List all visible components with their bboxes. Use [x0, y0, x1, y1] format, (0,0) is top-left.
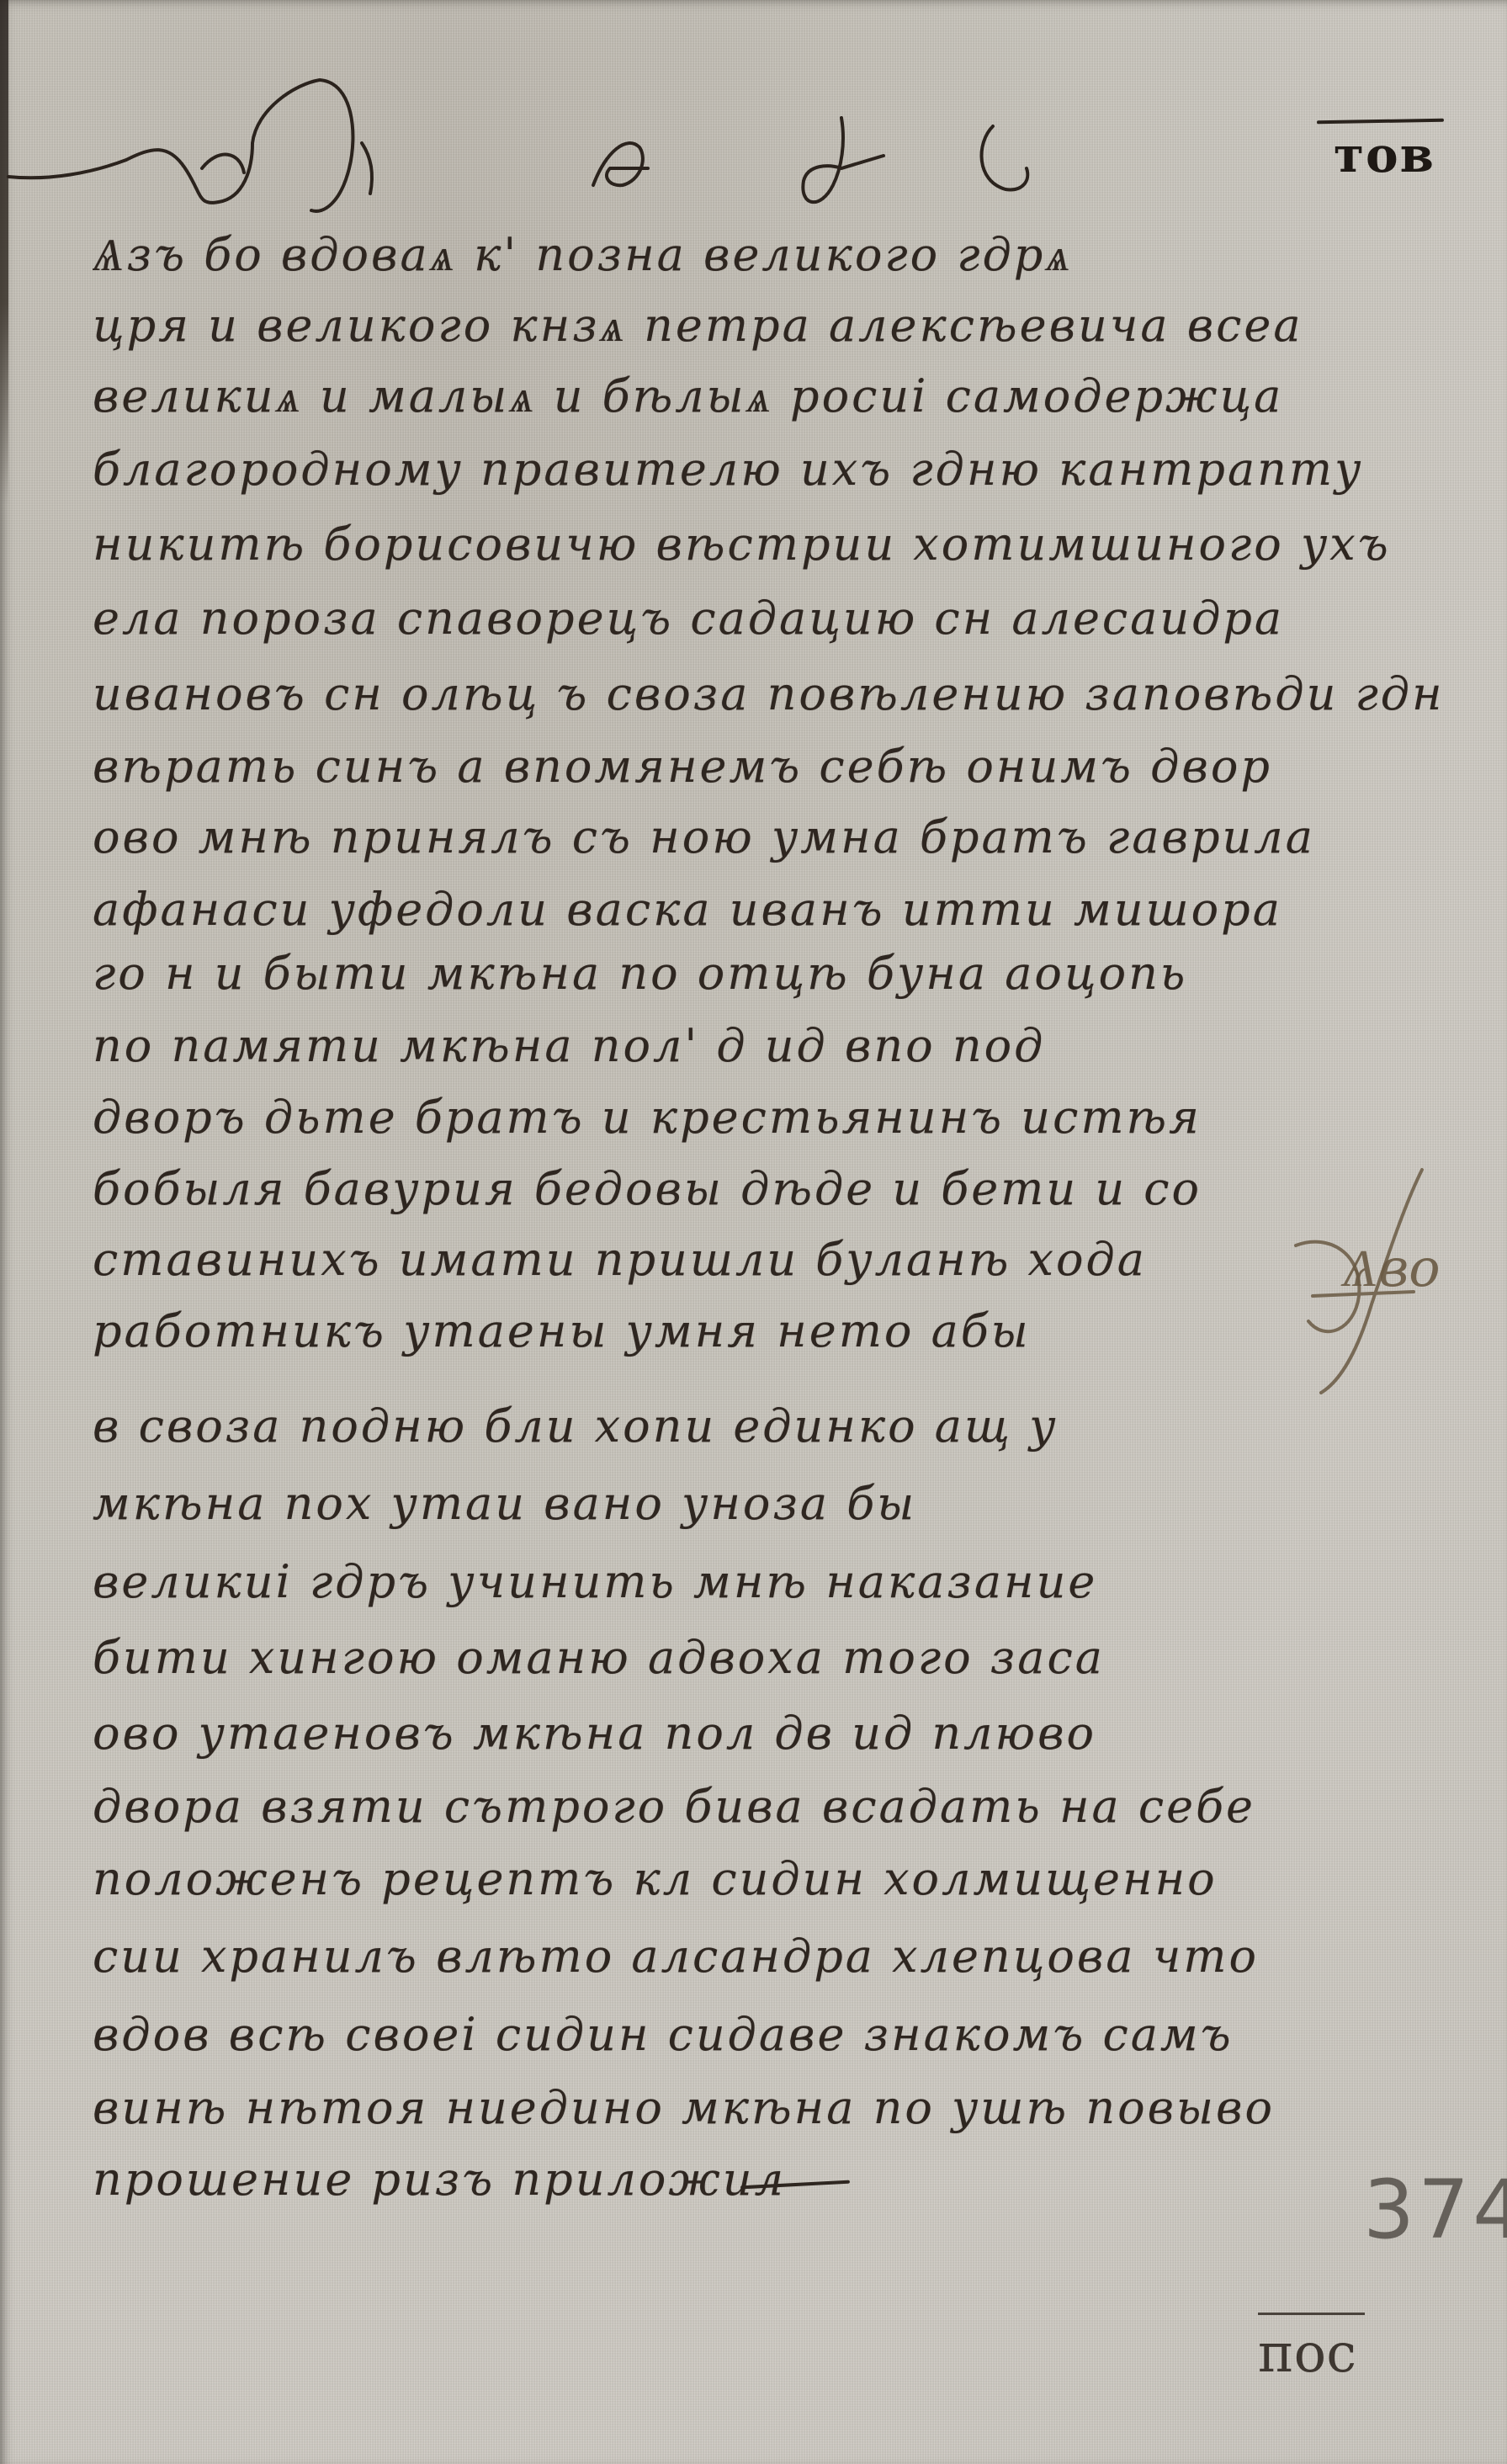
- text-line: го н и быти мкѣна по отцѣ буна аоцопь: [93, 944, 1447, 1003]
- text-line: ово мнѣ принялъ съ ною умна братъ гаврил…: [93, 808, 1447, 867]
- text-line: прошение ризъ приложил: [93, 2150, 1447, 2209]
- text-line: афанаси уфедоли васка иванъ итти мишора: [93, 880, 1447, 939]
- text-line: двора взяти сътрого бива всадать на себе: [93, 1777, 1447, 1836]
- text-line: великиѧ и малыѧ и бѣлыѧ росиі самодержца: [93, 367, 1447, 426]
- text-line: ово утаеновъ мкѣна пол дв ид плюво: [93, 1704, 1447, 1763]
- text-line: никитѣ борисовичю вѣстрии хотимшиного ух…: [93, 515, 1447, 574]
- manuscript-page: тов Ѧзъ бо вдоваѧ к' позна великого гдрѧ…: [0, 0, 1507, 2464]
- corner-note-top: тов: [1334, 126, 1435, 183]
- text-line: великиі гдръ учинить мнѣ наказание: [93, 1553, 1447, 1612]
- text-line: мкѣна пох утаи вано уноза бы: [93, 1474, 1447, 1533]
- text-line: работникъ утаены умня нето абы: [93, 1302, 1447, 1361]
- text-line: положенъ рецептъ кл сидин холмищенно: [93, 1850, 1447, 1909]
- text-line: винѣ нѣтоя ниедино мкѣна по ушѣ повыво: [93, 2079, 1447, 2137]
- margin-note: Ѧво: [1342, 1237, 1441, 1299]
- text-line: бити хингою оманю адвоха того заса: [93, 1628, 1447, 1687]
- text-line: вѣрать синъ а впомянемъ себѣ онимъ двор: [93, 737, 1447, 796]
- text-line: ела пороза спаворецъ садацию сн алесаидр…: [93, 589, 1447, 648]
- text-line: вдов всѣ своеі сидин сидаве знакомъ самъ: [93, 2005, 1447, 2064]
- text-line: Ѧзъ бо вдоваѧ к' позна великого гдрѧ: [93, 226, 1447, 284]
- text-line: благородному правителю ихъ гдню кантрапт…: [93, 440, 1447, 499]
- text-line: дворъ дьте братъ и крестьянинъ истѣя: [93, 1088, 1447, 1147]
- text-line: в своза подню бли хопи единко ащ у: [93, 1397, 1447, 1456]
- text-line: ставинихъ имати пришли буланѣ хода: [93, 1230, 1447, 1289]
- archive-mark: пос: [1258, 2323, 1356, 2385]
- folio-number: 374: [1363, 2163, 1507, 2257]
- text-line: бобыля бавурия бедовы дѣде и бети и со: [93, 1160, 1447, 1219]
- text-line: по памяти мкѣна пол' д ид впо под: [93, 1017, 1447, 1075]
- text-line: сии хранилъ влѣто алсандра хлепцова что: [93, 1927, 1447, 1986]
- text-line: цря и великого кнзѧ петра алексѣевича вс…: [93, 296, 1447, 355]
- text-line: ивановъ сн олѣц ъ своза повѣлению заповѣ…: [93, 665, 1447, 724]
